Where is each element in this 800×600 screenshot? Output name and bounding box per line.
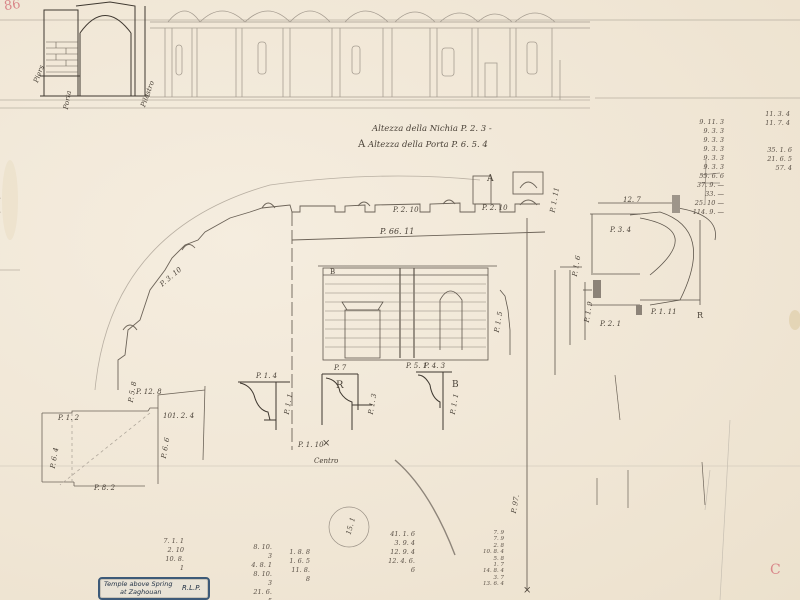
profile-r-top: P. 7 xyxy=(334,364,346,372)
stair-label-3: P. 1. 11 xyxy=(651,308,677,316)
title-line-2: Altezza della Porta P. 6. 5. 4 xyxy=(368,140,488,150)
calc-top-right: 9. 11. 3 9. 3. 3 9. 3. 3 9. 3. 3 9. 3. 3… xyxy=(690,118,724,217)
center-mark-label: P. 1. 10 xyxy=(298,441,324,449)
room-label-6: 101. 2. 4 xyxy=(163,412,194,420)
wall-elevation xyxy=(318,266,510,360)
profile-b-top: P. 4. 3 xyxy=(424,362,445,370)
drawing-sheet: 86 C 131 Piers Pilastro Porta Altezza de… xyxy=(0,0,800,600)
corner-mark: C xyxy=(770,562,781,578)
profile-1-top: P. 1. 4 xyxy=(256,372,277,380)
stair-plan xyxy=(555,195,716,375)
room-plan xyxy=(42,386,205,486)
stair-label-2: P. 3. 4 xyxy=(610,226,631,234)
arch-elevation xyxy=(40,2,150,96)
arcade-elevation xyxy=(150,11,590,100)
title-line-1: Altezza della Nichia P. 2. 3 - xyxy=(372,124,492,134)
calc-bottom-3: 1. 8. 8 1. 6. 5 11. 8. 8 xyxy=(286,548,310,584)
mount-label: Temple above Spring at Zaghouan R.L.P. xyxy=(98,577,210,600)
calc-bottom-2: 8. 10. 3 4. 8. 1 8. 10. 3 21. 6. 5 xyxy=(248,543,272,600)
side-mark: 131 xyxy=(0,194,2,215)
wall-top-label: P. 2. 10 xyxy=(393,206,419,214)
axis-x-icon: × xyxy=(523,585,531,596)
moulding-profiles xyxy=(238,372,452,430)
calc-right-mid: 11. 3. 4 11. 7. 4 xyxy=(760,110,790,128)
masonry-courses xyxy=(46,42,78,72)
niche-a-letter: A xyxy=(487,174,494,184)
profile-r-letter: R xyxy=(336,380,344,391)
center-note: Centro xyxy=(314,457,338,465)
inner-span-label: P. 66. 11 xyxy=(380,227,414,236)
stair-label-4: P. 2. 1 xyxy=(600,320,621,328)
calc-bottom-1: 7. 1. 1 2. 10 10. 8. 1 xyxy=(160,537,184,573)
mount-label-initials: R.L.P. xyxy=(182,584,201,592)
wall-letter: B xyxy=(330,268,335,276)
room-label-1: P. 12. 8 xyxy=(136,388,162,396)
plan-outer-arc xyxy=(95,176,480,390)
mount-label-line-2: at Zaghouan xyxy=(120,588,161,596)
title-marker: A xyxy=(358,139,365,150)
calc-right-mid2: 35. 1. 6 21. 6. 5 57. 4 xyxy=(762,146,792,173)
room-label-5: P. 1. 2 xyxy=(58,414,79,422)
inventory-mark: 86 xyxy=(3,0,21,14)
calc-bottom-5: 7. 9 7. 9 2. 8 10. 8. 4 5. 8 1. 7 14. 8.… xyxy=(478,530,504,588)
plan-wall xyxy=(118,172,543,390)
stair-letter: R xyxy=(697,311,703,320)
profile-b-letter: B xyxy=(452,380,459,390)
drawing-linework xyxy=(0,0,800,600)
calc-bottom-4: 41. 1. 6 3. 9. 4 12. 9. 4 12. 4. 6. 6 xyxy=(385,530,415,575)
room-label-4: P. 8. 2 xyxy=(94,484,115,492)
mount-label-line-1: Temple above Spring xyxy=(104,580,172,588)
stair-label-1: 12. 7 xyxy=(623,196,641,204)
niche-a-dim: P. 2. 10 xyxy=(482,204,508,212)
center-x-icon: × xyxy=(322,438,330,449)
